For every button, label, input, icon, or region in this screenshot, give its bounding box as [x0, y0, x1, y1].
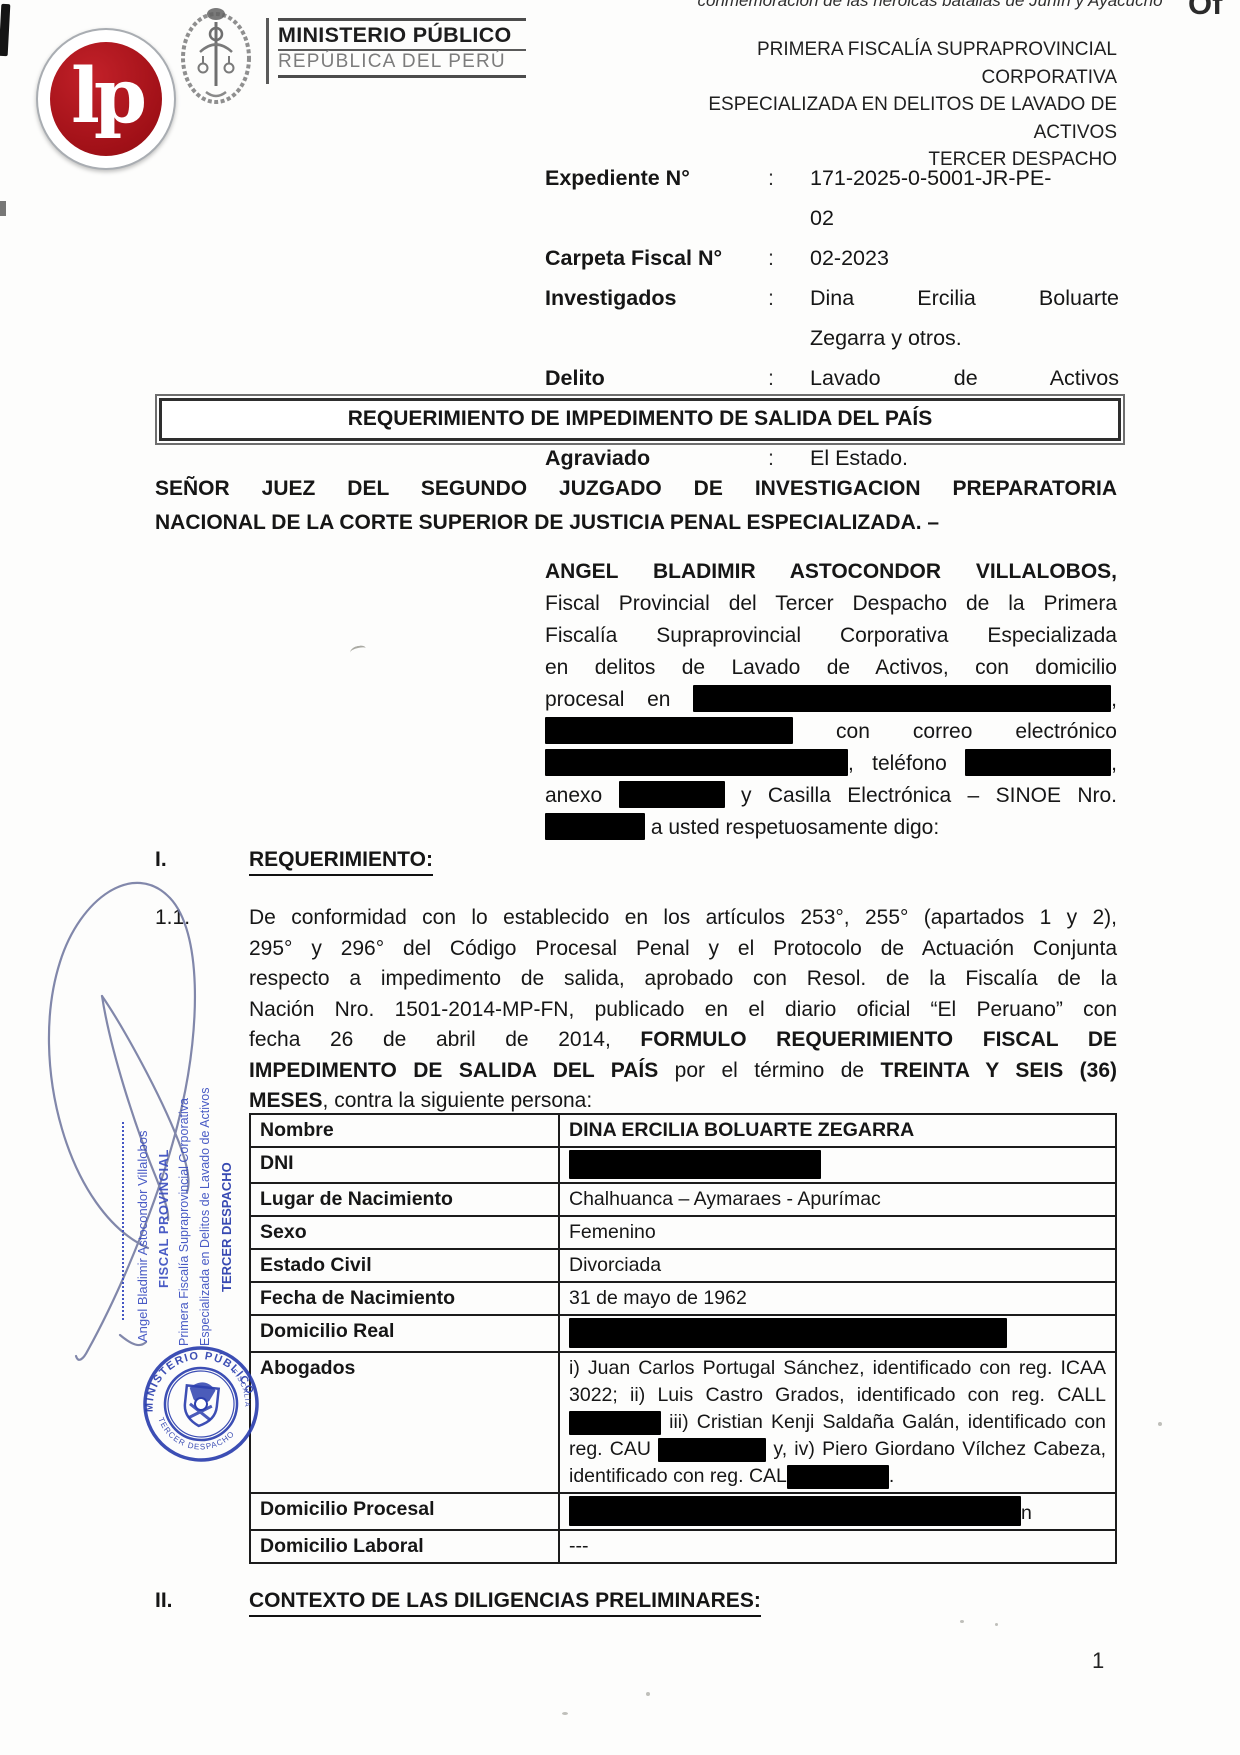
- table-label-cell: Domicilio Laboral: [250, 1530, 559, 1563]
- table-value-cell: 31 de mayo de 1962: [559, 1282, 1116, 1315]
- text-line: NACIONAL DE LA CORTE SUPERIOR DE JUSTICI…: [155, 506, 1117, 540]
- text-run: FORMULO REQUERIMIENTO FISCAL DE: [640, 1028, 1117, 1051]
- text-run: ---: [569, 1535, 588, 1557]
- text-run: y Casilla Electrónica – SINOE Nro.: [725, 784, 1117, 807]
- text-line: Fiscalía Supraprovincial Corporativa Esp…: [545, 620, 1117, 652]
- scan-noise-speck: [960, 1620, 964, 1623]
- text-run: Femenino: [569, 1221, 656, 1243]
- scan-edge-artifact: [0, 201, 6, 216]
- seal-center-emblem: [183, 1381, 219, 1428]
- document-title: REQUERIMIENTO DE IMPEDIMENTO DE SALIDA D…: [159, 398, 1121, 441]
- case-value: 02-2023: [810, 238, 1119, 278]
- table-value-cell: DINA ERCILIA BOLUARTE ZEGARRA: [559, 1114, 1116, 1147]
- fiscal-office-header: PRIMERA FISCALÍA SUPRAPROVINCIAL CORPORA…: [640, 36, 1117, 174]
- text-run: procesal en: [545, 688, 693, 711]
- text-line: en delitos de Lavado de Activos, con dom…: [545, 652, 1117, 684]
- table-label-cell: Sexo: [250, 1216, 559, 1249]
- table-row: Abogadosi) Juan Carlos Portugal Sánchez,…: [250, 1352, 1116, 1493]
- text-run: n: [1021, 1502, 1032, 1524]
- table-label-cell: Nombre: [250, 1114, 559, 1147]
- text-run: TREINTA Y SEIS (36): [881, 1059, 1117, 1082]
- redaction-bar: [545, 813, 645, 840]
- text-line: a usted respetuosamente digo:: [545, 812, 1117, 844]
- redaction-bar: [545, 749, 848, 776]
- table-value-cell: Femenino: [559, 1216, 1116, 1249]
- table-label-cell: Estado Civil: [250, 1249, 559, 1282]
- text-run: a usted respetuosamente digo:: [645, 816, 939, 839]
- stamp-fiscal-name: Angel Bladimir Astocondor Villalobos: [132, 1090, 153, 1342]
- text-line: IMPEDIMENTO DE SALIDA DEL PAÍS por el té…: [249, 1056, 1117, 1087]
- text-run: Nación Nro. 1501-2014-MP-FN, publicado e…: [249, 998, 1117, 1021]
- redaction-bar: [569, 1496, 1021, 1526]
- header-divider: [266, 18, 269, 84]
- header-motto-fragment: conmemoración de las heroicas batallas d…: [620, 0, 1240, 11]
- table-value-cell: Divorciada: [559, 1249, 1116, 1282]
- paragraph-1-1: 1.1. De conformidad con lo establecido e…: [155, 903, 1117, 1117]
- header-corner-fragment: Of: [1188, 0, 1222, 22]
- scanned-legal-document-page: lp MINISTERIO PÚBLICO REPÚBLICA DEL PERÚ…: [0, 0, 1240, 1755]
- table-row: DNI: [250, 1147, 1116, 1183]
- text-run: Divorciada: [569, 1254, 661, 1276]
- text-run: , teléfono: [848, 752, 965, 775]
- text-run: Fiscalía Supraprovincial Corporativa Esp…: [545, 624, 1117, 647]
- lp-logo-text: lp: [71, 58, 141, 134]
- text-run: De conformidad con lo establecido en los…: [249, 906, 1117, 929]
- text-line: De conformidad con lo establecido en los…: [249, 903, 1117, 934]
- table-value-cell: [559, 1147, 1116, 1183]
- redaction-bar: [965, 749, 1111, 776]
- table-label-cell: Domicilio Procesal: [250, 1493, 559, 1530]
- text-line: Nación Nro. 1501-2014-MP-FN, publicado e…: [249, 995, 1117, 1026]
- national-coat-of-arms-icon: [170, 4, 262, 106]
- table-row: Fecha de Nacimiento31 de mayo de 1962: [250, 1282, 1116, 1315]
- text-run: respecto a impedimento de salida, aproba…: [249, 967, 1117, 990]
- page-number: 1: [1092, 1648, 1104, 1674]
- table-value-cell: i) Juan Carlos Portugal Sánchez, identif…: [559, 1352, 1116, 1493]
- scan-noise-speck: [562, 1712, 568, 1715]
- case-value-line: Zegarra y otros.: [810, 318, 1119, 358]
- ministry-title: MINISTERIO PÚBLICO: [278, 23, 526, 51]
- table-value-cell: ---: [559, 1530, 1116, 1563]
- table-value-cell: Chalhuanca – Aymaraes - Apurímac: [559, 1183, 1116, 1216]
- case-value-line: 02-2023: [810, 238, 1119, 278]
- section-number: II.: [155, 1589, 249, 1617]
- text-run: .: [889, 1465, 894, 1487]
- table-row: Domicilio Procesaln: [250, 1493, 1116, 1530]
- case-separator: :: [768, 158, 810, 238]
- text-run: ,: [1111, 688, 1117, 711]
- office-line: PRIMERA FISCALÍA SUPRAPROVINCIAL CORPORA…: [640, 36, 1117, 91]
- stamp-office-line: TERCER DESPACHO: [216, 1090, 237, 1292]
- text-run: DINA ERCILIA BOLUARTE ZEGARRA: [569, 1119, 914, 1141]
- text-run: por el término de: [658, 1059, 880, 1082]
- text-line: con correo electrónico: [545, 716, 1117, 748]
- case-value: 171-2025-0-5001-JR-PE-02: [810, 158, 1119, 238]
- table-label-cell: Lugar de Nacimiento: [250, 1183, 559, 1216]
- stamp-signature-dotted-line: [122, 1122, 124, 1320]
- case-label: Expediente N°: [545, 158, 768, 238]
- case-row: Expediente N°:171-2025-0-5001-JR-PE-02: [545, 158, 1119, 238]
- redaction-bar: [569, 1150, 821, 1179]
- case-value-line: Lavado de Activos: [810, 358, 1119, 398]
- table-label-cell: Fecha de Nacimiento: [250, 1282, 559, 1315]
- office-line: ESPECIALIZADA EN DELITOS DE LAVADO DE AC…: [640, 91, 1117, 146]
- table-label-cell: Domicilio Real: [250, 1315, 559, 1352]
- table-row: Domicilio Laboral---: [250, 1530, 1116, 1563]
- addressee-paragraph: SEÑOR JUEZ DEL SEGUNDO JUZGADO DE INVEST…: [155, 472, 1117, 539]
- ministry-subtitle: REPÚBLICA DEL PERÚ: [278, 51, 526, 78]
- text-run: i) Juan Carlos Portugal Sánchez, identif…: [569, 1357, 1106, 1406]
- redaction-bar: [545, 717, 793, 744]
- section-2-heading: II. CONTEXTO DE LAS DILIGENCIAS PRELIMIN…: [155, 1589, 1117, 1617]
- text-run: Chalhuanca – Aymaraes - Apurímac: [569, 1188, 881, 1210]
- table-row: SexoFemenino: [250, 1216, 1116, 1249]
- table-row: NombreDINA ERCILIA BOLUARTE ZEGARRA: [250, 1114, 1116, 1147]
- text-line: fecha 26 de abril de 2014, FORMULO REQUE…: [249, 1025, 1117, 1056]
- table-label-cell: DNI: [250, 1147, 559, 1183]
- text-run: Fiscal Provincial del Tercer Despacho de…: [545, 592, 1117, 615]
- ministry-header: MINISTERIO PÚBLICO REPÚBLICA DEL PERÚ: [278, 18, 526, 78]
- lp-logo: lp: [36, 28, 176, 170]
- case-value-line: 171-2025-0-5001-JR-PE-: [810, 158, 1119, 198]
- section-title: REQUERIMIENTO:: [249, 848, 433, 876]
- text-line: anexo y Casilla Electrónica – SINOE Nro.: [545, 780, 1117, 812]
- scan-noise-speck: [995, 1623, 998, 1626]
- section-number: I.: [155, 848, 249, 876]
- text-line: Fiscal Provincial del Tercer Despacho de…: [545, 588, 1117, 620]
- text-run: IMPEDIMENTO DE SALIDA DEL PAÍS: [249, 1059, 658, 1082]
- case-label: Investigados: [545, 278, 768, 358]
- text-line: SEÑOR JUEZ DEL SEGUNDO JUZGADO DE INVEST…: [155, 472, 1117, 506]
- table-row: Domicilio Real: [250, 1315, 1116, 1352]
- text-run: fecha 26 de abril de 2014,: [249, 1028, 640, 1051]
- table-value-cell: [559, 1315, 1116, 1352]
- paragraph-body: De conformidad con lo establecido en los…: [249, 903, 1117, 1117]
- lp-logo-disc: lp: [50, 42, 162, 156]
- redaction-bar: [569, 1411, 661, 1435]
- redaction-bar: [658, 1438, 766, 1462]
- text-line: , teléfono ,: [545, 748, 1117, 780]
- text-line: ANGEL BLADIMIR ASTOCONDOR VILLALOBOS,: [545, 556, 1117, 588]
- case-row: Investigados:Dina Ercilia BoluarteZegarr…: [545, 278, 1119, 358]
- text-run: ,: [1111, 752, 1117, 775]
- paragraph-number: 1.1.: [155, 903, 249, 1117]
- section-1-heading: I. REQUERIMIENTO:: [155, 848, 1117, 876]
- redaction-bar: [787, 1465, 889, 1489]
- ministry-round-seal: MINISTERIO PÚBLICO TERCER DESPACHO FISCA…: [134, 1337, 268, 1471]
- stamp-office-line: Primera Fiscalía Supraprovincial Corpora…: [174, 1090, 195, 1346]
- text-run: NACIONAL DE LA CORTE SUPERIOR DE JUSTICI…: [155, 511, 939, 534]
- stamp-fiscal-role: FISCAL PROVINCIAL: [153, 1090, 174, 1288]
- redaction-bar: [619, 781, 725, 808]
- person-info-table: NombreDINA ERCILIA BOLUARTE ZEGARRADNILu…: [249, 1113, 1117, 1564]
- redaction-bar: [693, 685, 1111, 712]
- text-run: 295° y 296° del Código Procesal Penal y …: [249, 937, 1117, 960]
- scan-edge-artifact: [0, 4, 10, 56]
- case-value-line: 02: [810, 198, 1119, 238]
- scan-noise-speck: [1158, 1422, 1162, 1426]
- case-row: Carpeta Fiscal N°:02-2023: [545, 238, 1119, 278]
- case-separator: :: [768, 238, 810, 278]
- table-row: Estado CivilDivorciada: [250, 1249, 1116, 1282]
- table-label-cell: Abogados: [250, 1352, 559, 1493]
- redaction-bar: [569, 1318, 1007, 1348]
- fiscal-intro-paragraph: ANGEL BLADIMIR ASTOCONDOR VILLALOBOS,Fis…: [545, 556, 1117, 844]
- text-line: respecto a impedimento de salida, aproba…: [249, 964, 1117, 995]
- scan-noise-squiggle: [349, 645, 366, 657]
- text-run: ANGEL BLADIMIR ASTOCONDOR VILLALOBOS,: [545, 560, 1117, 583]
- case-value: Dina Ercilia BoluarteZegarra y otros.: [810, 278, 1119, 358]
- text-run: con correo electrónico: [793, 720, 1117, 743]
- text-run: , contra la siguiente persona:: [323, 1089, 593, 1112]
- case-label: Carpeta Fiscal N°: [545, 238, 768, 278]
- text-line: 295° y 296° del Código Procesal Penal y …: [249, 934, 1117, 965]
- table-row: Lugar de NacimientoChalhuanca – Aymaraes…: [250, 1183, 1116, 1216]
- text-run: en delitos de Lavado de Activos, con dom…: [545, 656, 1117, 679]
- text-line: MESES, contra la siguiente persona:: [249, 1086, 1117, 1117]
- scan-noise-speck: [646, 1692, 650, 1696]
- stamp-office-line: Especializada en Delitos de Lavado de Ac…: [195, 1090, 216, 1346]
- section-title: CONTEXTO DE LAS DILIGENCIAS PRELIMINARES…: [249, 1589, 761, 1617]
- text-line: procesal en ,: [545, 684, 1117, 716]
- document-title-box: REQUERIMIENTO DE IMPEDIMENTO DE SALIDA D…: [155, 394, 1125, 445]
- case-separator: :: [768, 278, 810, 358]
- text-run: SEÑOR JUEZ DEL SEGUNDO JUZGADO DE INVEST…: [155, 477, 1117, 500]
- text-run: MESES: [249, 1089, 323, 1112]
- fiscal-stamp-rotated: Angel Bladimir Astocondor Villalobos FIS…: [112, 1090, 237, 1348]
- text-run: anexo: [545, 784, 619, 807]
- case-value-line: Dina Ercilia Boluarte: [810, 278, 1119, 318]
- table-value-cell: n: [559, 1493, 1116, 1530]
- text-run: 31 de mayo de 1962: [569, 1287, 747, 1309]
